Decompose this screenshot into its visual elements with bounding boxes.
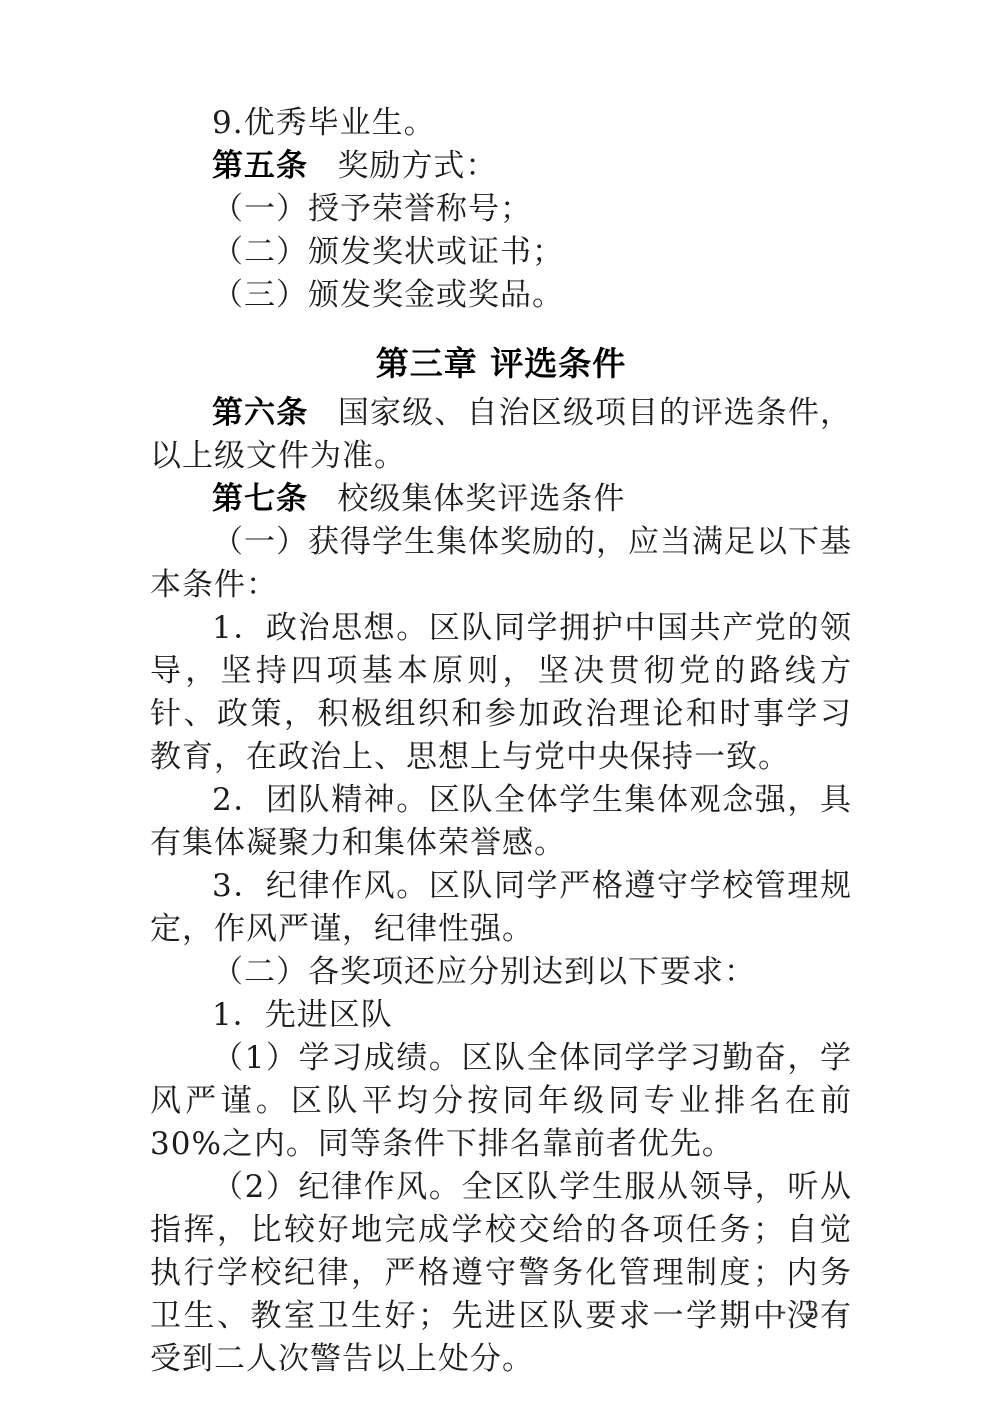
paragraph: 9.优秀毕业生。	[150, 102, 852, 145]
paragraph: （三）颁发奖金或奖品。	[150, 274, 852, 317]
paragraph: （1）学习成绩。区队全体同学学习勤奋，学风严谨。区队平均分按同年级同专业排名在前…	[150, 1037, 852, 1166]
article-number-label: 第六条	[212, 395, 308, 431]
article-number-label: 第五条	[212, 148, 308, 184]
paragraph: 1．政治思想。区队同学拥护中国共产党的领导，坚持四项基本原则，坚决贯彻党的路线方…	[150, 607, 852, 779]
paragraph: 第六条国家级、自治区级项目的评选条件，以上级文件为准。	[150, 392, 852, 478]
article-number-label: 第七条	[212, 481, 308, 517]
document-page: 9.优秀毕业生。第五条奖励方式：（一）授予荣誉称号；（二）颁发奖状或证书；（三）…	[0, 0, 1000, 1415]
document-content: 9.优秀毕业生。第五条奖励方式：（一）授予荣誉称号；（二）颁发奖状或证书；（三）…	[150, 102, 852, 1381]
paragraph: （2）纪律作风。全区队学生服从领导，听从指挥，比较好地完成学校交给的各项任务；自…	[150, 1166, 852, 1381]
paragraph: 2．团队精神。区队全体学生集体观念强，具有集体凝聚力和集体荣誉感。	[150, 779, 852, 865]
chapter-heading: 第三章 评选条件	[150, 342, 852, 386]
paragraph: （一）授予荣誉称号；	[150, 188, 852, 231]
paragraph: 3．纪律作风。区队同学严格遵守学校管理规定，作风严谨，纪律性强。	[150, 865, 852, 951]
paragraph: 1．先进区队	[150, 994, 852, 1037]
paragraph: （一）获得学生集体奖励的，应当满足以下基本条件：	[150, 521, 852, 607]
paragraph: （二）各奖项还应分别达到以下要求：	[150, 951, 852, 994]
paragraph: （二）颁发奖状或证书；	[150, 231, 852, 274]
paragraph: 第五条奖励方式：	[150, 145, 852, 188]
paragraph: 第七条校级集体奖评选条件	[150, 478, 852, 521]
page-number: - 3 -	[778, 1297, 850, 1325]
